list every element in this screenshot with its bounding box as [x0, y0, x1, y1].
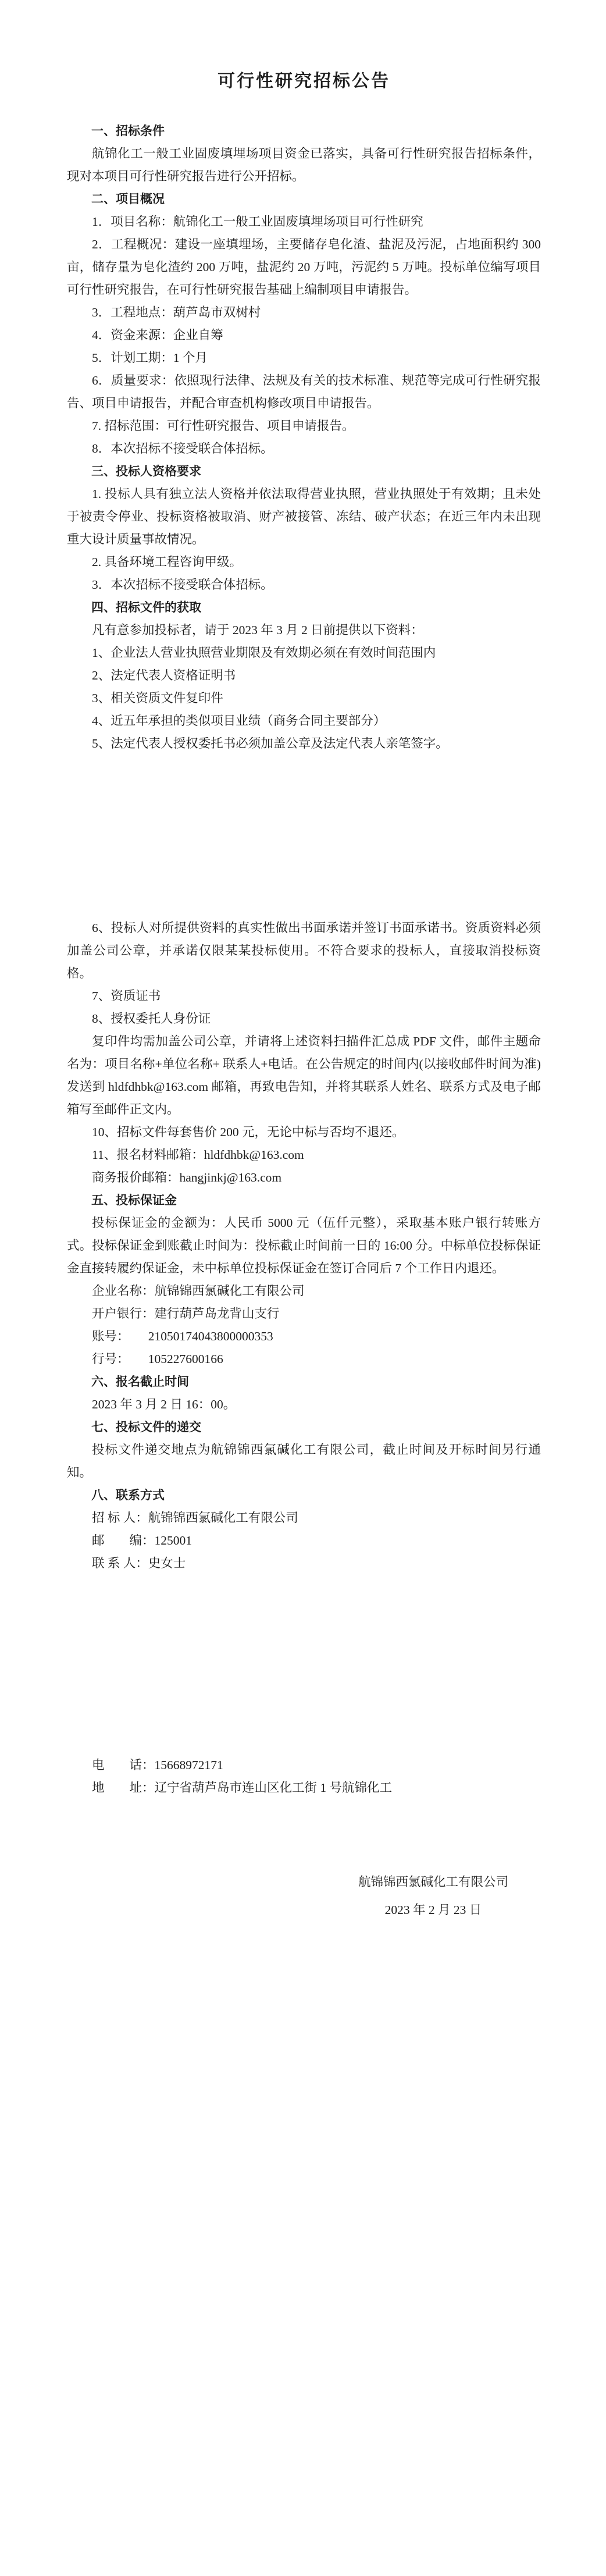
- quotation-email-item: 商务报价邮箱：hangjinkj@163.com: [67, 1166, 541, 1189]
- required-material-2: 2、法定代表人资格证明书: [67, 664, 541, 687]
- required-material-7: 7、资质证书: [67, 985, 541, 1008]
- required-material-4: 4、近五年承担的类似项目业绩（商务合同主要部分）: [67, 710, 541, 732]
- registration-deadline-line: 2023 年 3 月 2 日 16：00。: [67, 1393, 541, 1416]
- quality-requirement-item: 6．质量要求：依照现行法律、法规及有关的技术标准、规范等完成可行性研究报告、项目…: [67, 369, 541, 415]
- postcode-line: 邮 编：125001: [67, 1529, 541, 1552]
- section-heading-4: 四、招标文件的获取: [67, 596, 541, 619]
- document-obtain-intro: 凡有意参加投标者，请于 2023 年 3 月 2 日前提供以下资料：: [67, 619, 541, 642]
- bidder-qualification-item-3: 3．本次招标不接受联合体招标。: [67, 574, 541, 596]
- section-heading-8: 八、联系方式: [67, 1484, 541, 1507]
- required-material-1: 1、企业法人营业执照营业期限及有效期必须在有效时间范围内: [67, 642, 541, 664]
- tender-scope-item: 7. 招标范围：可行性研究报告、项目申请报告。: [67, 415, 541, 437]
- address-line: 地 址：辽宁省葫芦岛市连山区化工街 1 号航锦化工: [67, 1777, 541, 1799]
- section-heading-7: 七、投标文件的递交: [67, 1416, 541, 1439]
- required-material-8: 8、授权委托人身份证: [67, 1008, 541, 1030]
- project-location-item: 3．工程地点：葫芦岛市双树村: [67, 301, 541, 324]
- signature-date: 2023 年 2 月 23 日: [311, 1896, 555, 1924]
- funding-source-item: 4．资金来源：企业自筹: [67, 324, 541, 347]
- section-heading-6: 六、报名截止时间: [67, 1371, 541, 1393]
- section-heading-5: 五、投标保证金: [67, 1189, 541, 1212]
- bidder-qualification-item-1: 1. 投标人具有独立法人资格并依法取得营业执照，营业执照处于有效期；且未处于被责…: [67, 483, 541, 551]
- bank-name-line: 开户银行：建行葫芦岛龙背山支行: [67, 1303, 541, 1325]
- section-heading-3: 三、投标人资格要求: [67, 460, 541, 483]
- no-consortium-item: 8．本次招标不接受联合体招标。: [67, 437, 541, 460]
- document-body: 可行性研究招标公告一、招标条件航锦化工一般工业固废填埋场项目资金已落实，具备可行…: [0, 0, 606, 1924]
- project-name-item: 1．项目名称：航锦化工一般工业固废填埋场项目可行性研究: [67, 211, 541, 233]
- tender-condition-paragraph: 航锦化工一般工业固废填埋场项目资金已落实，具备可行性研究报告招标条件，现对本项目…: [67, 143, 541, 188]
- bidder-qualification-item-2: 2. 具备环境工程咨询甲级。: [67, 551, 541, 574]
- contact-person-line: 联 系 人：史女士: [67, 1552, 541, 1575]
- section-heading-1: 一、招标条件: [67, 120, 541, 143]
- scanned-document-page: 可行性研究招标公告一、招标条件航锦化工一般工业固废填埋场项目资金已落实，具备可行…: [0, 0, 606, 2576]
- section-heading-2: 二、项目概况: [67, 188, 541, 211]
- document-price-item: 10、招标文件每套售价 200 元，无论中标与否均不退还。: [67, 1121, 541, 1144]
- project-overview-item: 2．工程概况：建设一座填埋场，主要储存皂化渣、盐泥及污泥，占地面积约 300 亩…: [67, 233, 541, 301]
- signature-company: 航锦锦西氯碱化工有限公司: [311, 1868, 555, 1896]
- required-material-6: 6、投标人对所提供资料的真实性做出书面承诺并签订书面承诺书。资质资料必须加盖公司…: [67, 917, 541, 985]
- bid-bond-paragraph: 投标保证金的金额为：人民币 5000 元（伍仟元整），采取基本账户银行转账方式。…: [67, 1212, 541, 1280]
- planned-duration-item: 5．计划工期：1 个月: [67, 347, 541, 369]
- submission-paragraph: 投标文件递交地点为航锦锦西氯碱化工有限公司，截止时间及开标时间另行通知。: [67, 1439, 541, 1484]
- registration-email-item: 11、报名材料邮箱：hldfdhbk@163.com: [67, 1144, 541, 1166]
- copy-submission-paragraph: 复印件均需加盖公司公章，并请将上述资料扫描件汇总成 PDF 文件，邮件主题命名为…: [67, 1030, 541, 1121]
- phone-line: 电 话：15668972171: [67, 1754, 541, 1777]
- required-material-3: 3、相关资质文件复印件: [67, 687, 541, 710]
- company-name-line: 企业名称：航锦锦西氯碱化工有限公司: [67, 1280, 541, 1303]
- account-number-line: 账号： 21050174043800000353: [67, 1325, 541, 1348]
- bank-code-line: 行号： 105227600166: [67, 1348, 541, 1371]
- required-material-5: 5、法定代表人授权委托书必须加盖公章及法定代表人亲笔签字。: [67, 732, 541, 755]
- document-title: 可行性研究招标公告: [67, 69, 541, 94]
- tenderer-line: 招 标 人：航锦锦西氯碱化工有限公司: [67, 1507, 541, 1529]
